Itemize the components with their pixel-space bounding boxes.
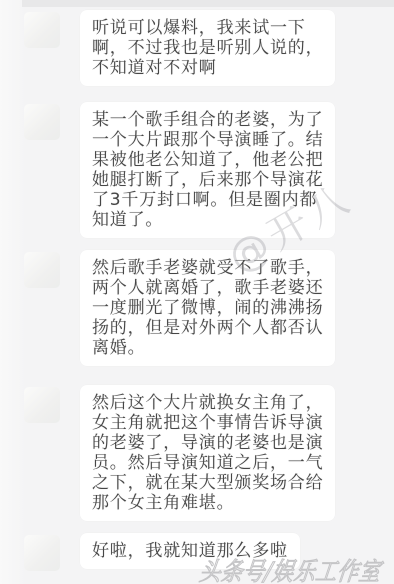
- avatar[interactable]: [24, 12, 60, 48]
- message-bubble[interactable]: 听说可以爆料，我来试一下 啊，不过我也是听别人说的， 不知道对不对啊: [80, 10, 335, 86]
- previous-content-edge: [22, 0, 394, 7]
- message-bubble[interactable]: 某一个歌手组合的老婆，为了 一个大片跟那个导演睡了。结 果被他老公知道了，他老公…: [80, 102, 335, 238]
- message-text: 然后歌手老婆就受不了歌手， 两个人就离婚了，歌手老婆还 一度删光了微博，闹的沸沸…: [92, 258, 323, 358]
- avatar[interactable]: [24, 535, 60, 571]
- message-row: 然后这个大片就换女主角了， 女主角就把这个事情告诉导演 的老婆了，导演的老婆也是…: [0, 385, 394, 521]
- message-bubble[interactable]: 好啦，我就知道那么多啦: [80, 533, 300, 569]
- message-row: 听说可以爆料，我来试一下 啊，不过我也是听别人说的， 不知道对不对啊: [0, 10, 394, 86]
- avatar[interactable]: [24, 387, 60, 423]
- message-row: 好啦，我就知道那么多啦: [0, 533, 394, 571]
- message-text: 好啦，我就知道那么多啦: [92, 541, 288, 561]
- chat-window: 听说可以爆料，我来试一下 啊，不过我也是听别人说的， 不知道对不对啊 某一个歌手…: [0, 0, 394, 584]
- message-bubble[interactable]: 然后这个大片就换女主角了， 女主角就把这个事情告诉导演 的老婆了，导演的老婆也是…: [80, 385, 335, 521]
- avatar[interactable]: [24, 104, 60, 140]
- message-bubble[interactable]: 然后歌手老婆就受不了歌手， 两个人就离婚了，歌手老婆还 一度删光了微博，闹的沸沸…: [80, 250, 335, 366]
- avatar[interactable]: [24, 252, 60, 288]
- message-text: 听说可以爆料，我来试一下 啊，不过我也是听别人说的， 不知道对不对啊: [92, 18, 323, 78]
- message-text: 某一个歌手组合的老婆，为了 一个大片跟那个导演睡了。结 果被他老公知道了，他老公…: [92, 110, 323, 230]
- message-row: 某一个歌手组合的老婆，为了 一个大片跟那个导演睡了。结 果被他老公知道了，他老公…: [0, 102, 394, 238]
- message-row: 然后歌手老婆就受不了歌手， 两个人就离婚了，歌手老婆还 一度删光了微博，闹的沸沸…: [0, 250, 394, 366]
- message-text: 然后这个大片就换女主角了， 女主角就把这个事情告诉导演 的老婆了，导演的老婆也是…: [92, 393, 323, 513]
